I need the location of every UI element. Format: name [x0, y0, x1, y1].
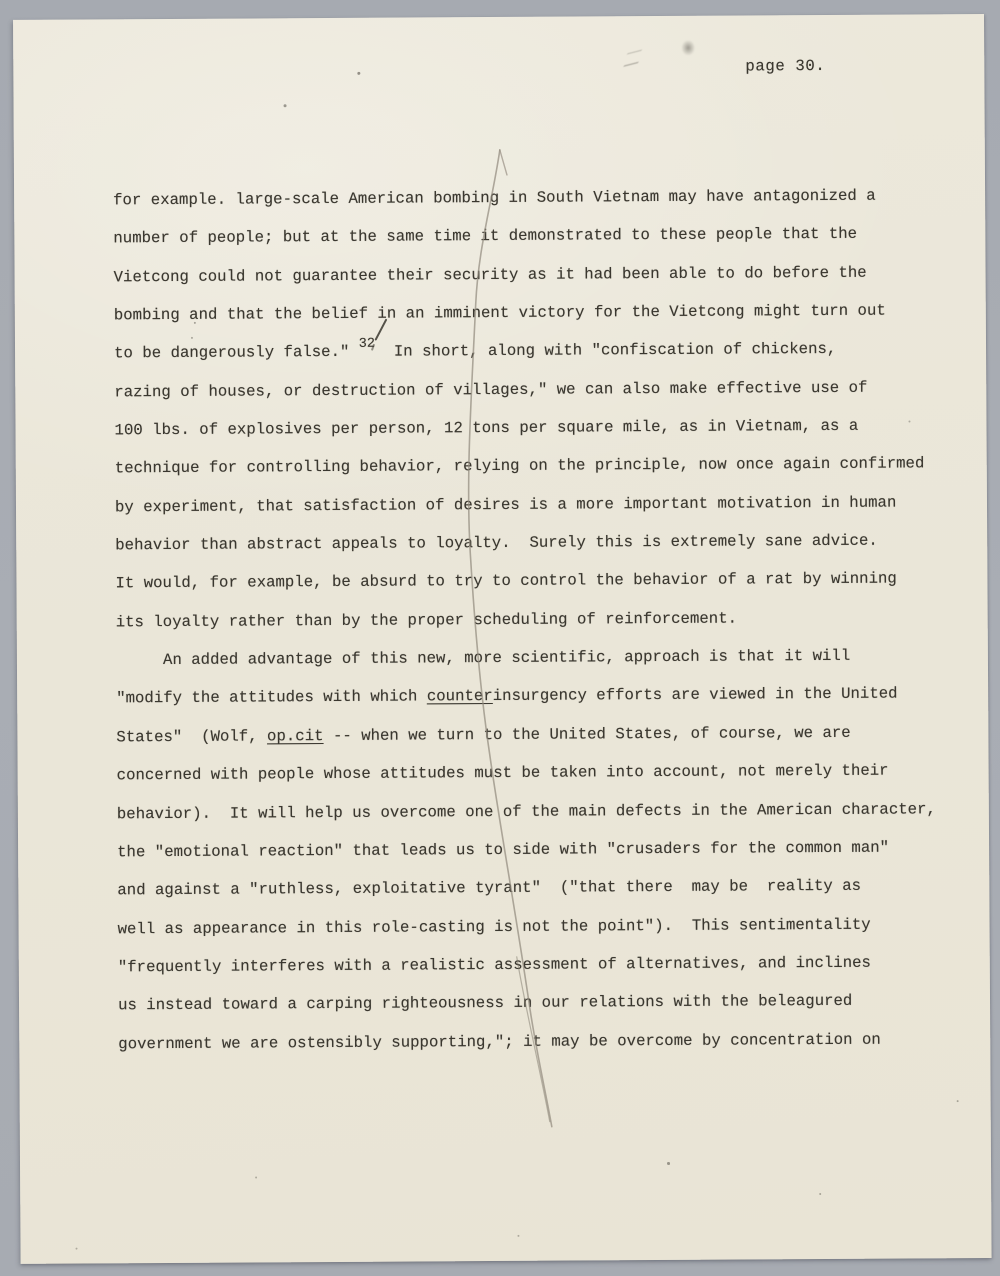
ink-speck [517, 1235, 519, 1237]
text-body: for example. large-scale American bombin… [113, 176, 963, 1063]
scanned-page-background: page 30. for example. large-scale Americ… [0, 0, 1000, 1276]
text-line: number of people; but at the same time i… [113, 215, 958, 259]
text-line: us instead toward a carping righteousnes… [118, 981, 963, 1025]
text-line: 100 lbs. of explosives per person, 12 to… [114, 406, 959, 450]
text-line: and against a "ruthless, exploitative ty… [117, 866, 962, 910]
ink-speck [357, 72, 360, 75]
text-line: the "emotional reaction" that leads us t… [117, 828, 962, 872]
text-line: bombing and that the belief in an immine… [114, 291, 959, 335]
text-line: behavior). It will help us overcome one … [117, 790, 962, 834]
ink-speck [284, 104, 287, 107]
text-line: behavior than abstract appeals to loyalt… [115, 521, 960, 565]
text-line: its loyalty rather than by the proper sc… [116, 598, 961, 642]
text-line: "frequently interferes with a realistic … [118, 943, 963, 987]
text-line: government we are ostensibly supporting,… [118, 1020, 963, 1064]
document-page: page 30. for example. large-scale Americ… [13, 14, 992, 1264]
ink-speck [76, 1248, 78, 1250]
text-line: razing of houses, or destruction of vill… [114, 368, 959, 412]
ink-speck [819, 1193, 821, 1195]
ink-speck [255, 1176, 257, 1178]
text-line: well as appearance in this role-casting … [117, 905, 962, 949]
footnote-marker: 32 [359, 326, 375, 364]
ink-speck [957, 1100, 959, 1102]
text-line: "modify the attitudes with which counter… [116, 675, 961, 719]
text-line: concerned with people whose attitudes mu… [117, 751, 962, 795]
page-number: page 30. [745, 57, 825, 75]
pencil-squiggle [624, 50, 642, 67]
text-line: States" (Wolf, op.cit -- when we turn to… [116, 713, 961, 757]
text-line: Vietcong could not guarantee their secur… [113, 253, 958, 297]
ink-smudge [681, 40, 695, 56]
ink-speck [667, 1162, 670, 1165]
text-line: for example. large-scale American bombin… [113, 176, 958, 220]
text-line: It would, for example, be absurd to try … [115, 560, 960, 604]
text-line: technique for controlling behavior, rely… [115, 445, 960, 489]
text-line: by experiment, that satisfaction of desi… [115, 483, 960, 527]
text-line: to be dangerously false." 32 In short, a… [114, 330, 959, 374]
text-line: An added advantage of this new, more sci… [116, 636, 961, 680]
